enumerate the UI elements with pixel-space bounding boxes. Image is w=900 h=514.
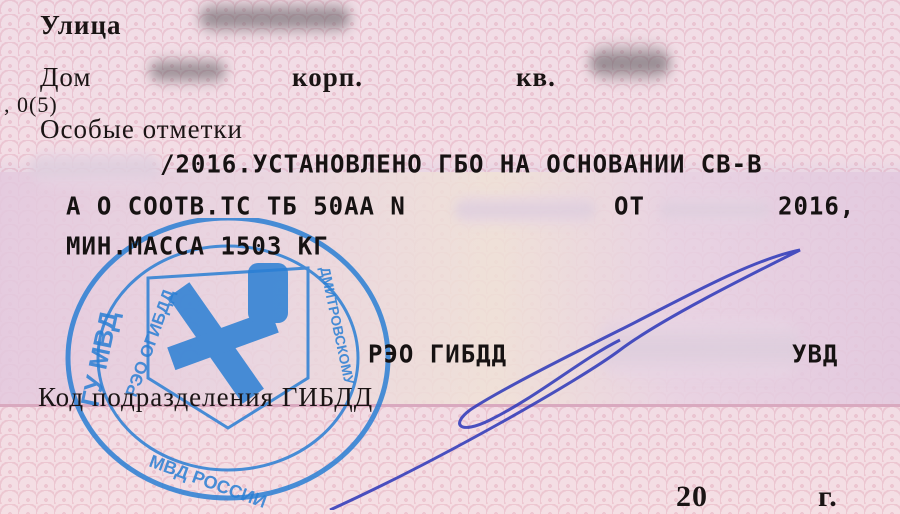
redacted-cert-number (455, 196, 595, 224)
building-label: корп. (292, 62, 363, 93)
special-marks-line3: МИН.МАССА 1503 КГ (66, 231, 329, 260)
redacted-date (30, 150, 160, 186)
redacted-apartment (590, 44, 670, 82)
year-suffix: г. (818, 480, 838, 514)
year-prefix: 20 (676, 480, 708, 514)
special-marks-line1: /2016.УСТАНОВЛЕНО ГБО НА ОСНОВАНИИ СВ-В (160, 149, 763, 178)
apartment-label: кв. (516, 62, 556, 93)
special-marks-line2a: А О СООТВ.ТС ТБ 50АА N (66, 191, 406, 220)
redacted-house (150, 58, 225, 84)
special-marks-label: Особые отметки (40, 114, 243, 145)
redacted-street (200, 2, 350, 34)
special-marks-line2c: 2016, (778, 191, 855, 220)
house-label: Дом (40, 62, 92, 93)
signature (320, 240, 820, 510)
redacted-cert-date (660, 196, 770, 224)
stamp-bottom-text: МВД РОССИИ (147, 451, 270, 508)
street-label: Улица (40, 10, 122, 41)
special-marks-line2b: ОТ (614, 191, 645, 220)
